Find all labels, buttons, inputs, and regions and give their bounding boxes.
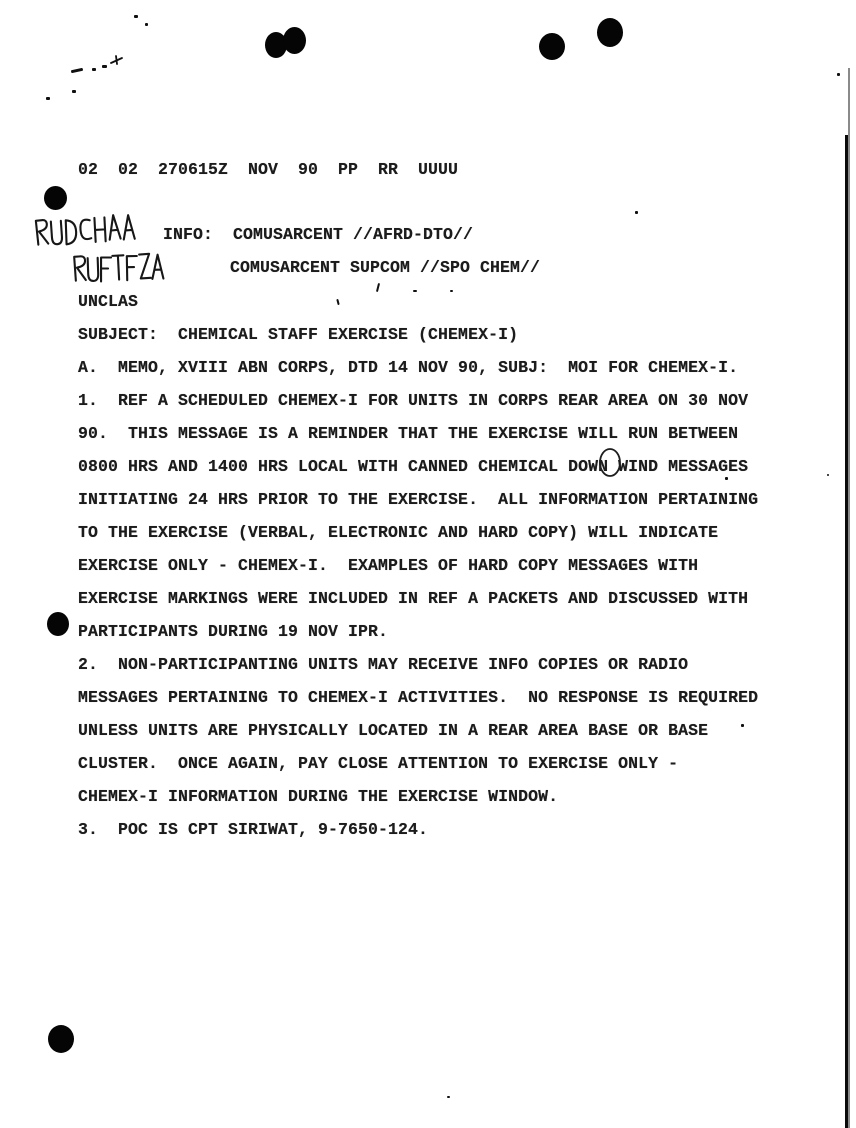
scan-speck	[92, 68, 96, 71]
body-line-5: 90. THIS MESSAGE IS A REMINDER THAT THE …	[78, 424, 738, 444]
scan-speck	[741, 724, 744, 727]
ink-dot-top-center	[539, 33, 565, 60]
body-line-12: 2. NON-PARTICIPANTING UNITS MAY RECEIVE …	[78, 655, 688, 675]
scanned-document-page: 02 02 270615Z NOV 90 PP RR UUUU INFO: CO…	[0, 0, 856, 1128]
body-line-8: TO THE EXERCISE (VERBAL, ELECTRONIC AND …	[78, 523, 718, 543]
body-line-13: MESSAGES PERTAINING TO CHEMEX-I ACTIVITI…	[78, 688, 758, 708]
hole-punch-dot-top	[44, 186, 67, 210]
scan-speck	[447, 1096, 450, 1098]
ink-dot-top-right	[597, 18, 623, 47]
scan-edge-line-black	[845, 135, 848, 1128]
body-line-10: EXERCISE MARKINGS WERE INCLUDED IN REF A…	[78, 589, 748, 609]
handwritten-routing-code-2	[71, 249, 169, 285]
hole-punch-dot-bottom	[48, 1025, 74, 1053]
scan-speck	[827, 474, 829, 476]
body-line-6: 0800 HRS AND 1400 HRS LOCAL WITH CANNED …	[78, 457, 748, 477]
downwind-closeup-loop	[597, 447, 623, 478]
body-line-17: 3. POC IS CPT SIRIWAT, 9-7650-124.	[78, 820, 428, 840]
body-line-1: UNCLAS	[78, 292, 138, 312]
body-line-3: A. MEMO, XVIII ABN CORPS, DTD 14 NOV 90,…	[78, 358, 738, 378]
ink-blob-double	[265, 27, 306, 58]
body-line-9: EXERCISE ONLY - CHEMEX-I. EXAMPLES OF HA…	[78, 556, 698, 576]
scan-speck	[72, 90, 76, 93]
body-line-15: CLUSTER. ONCE AGAIN, PAY CLOSE ATTENTION…	[78, 754, 678, 774]
body-line-11: PARTICIPANTS DURING 19 NOV IPR.	[78, 622, 388, 642]
scan-speck	[635, 211, 638, 214]
scan-edge-line-gray	[848, 68, 850, 1128]
scan-speck	[71, 68, 83, 73]
scan-speck	[46, 97, 50, 100]
handwritten-routing-code-1	[33, 209, 143, 249]
scan-speck	[102, 65, 107, 68]
info-address-line: INFO: COMUSARCENT //AFRD-DTO//	[163, 225, 473, 245]
body-line-2: SUBJECT: CHEMICAL STAFF EXERCISE (CHEMEX…	[78, 325, 518, 345]
message-header-line: 02 02 270615Z NOV 90 PP RR UUUU	[78, 160, 458, 180]
supcom-address-line: COMUSARCENT SUPCOM //SPO CHEM//	[230, 258, 540, 278]
scan-speck	[145, 23, 148, 26]
ink-blob-right	[283, 27, 306, 54]
body-line-14: UNLESS UNITS ARE PHYSICALLY LOCATED IN A…	[78, 721, 708, 741]
hole-punch-dot-middle	[47, 612, 69, 636]
scan-speck	[837, 73, 840, 76]
scan-speck	[450, 290, 453, 292]
scan-speck	[725, 477, 728, 480]
scan-speck	[134, 15, 138, 18]
body-line-16: CHEMEX-I INFORMATION DURING THE EXERCISE…	[78, 787, 558, 807]
scan-speck	[376, 283, 380, 292]
pencil-scribble-mark	[110, 55, 124, 65]
scan-speck	[336, 299, 339, 305]
scan-speck	[413, 290, 417, 292]
body-line-7: INITIATING 24 HRS PRIOR TO THE EXERCISE.…	[78, 490, 758, 510]
body-line-4: 1. REF A SCHEDULED CHEMEX-I FOR UNITS IN…	[78, 391, 748, 411]
